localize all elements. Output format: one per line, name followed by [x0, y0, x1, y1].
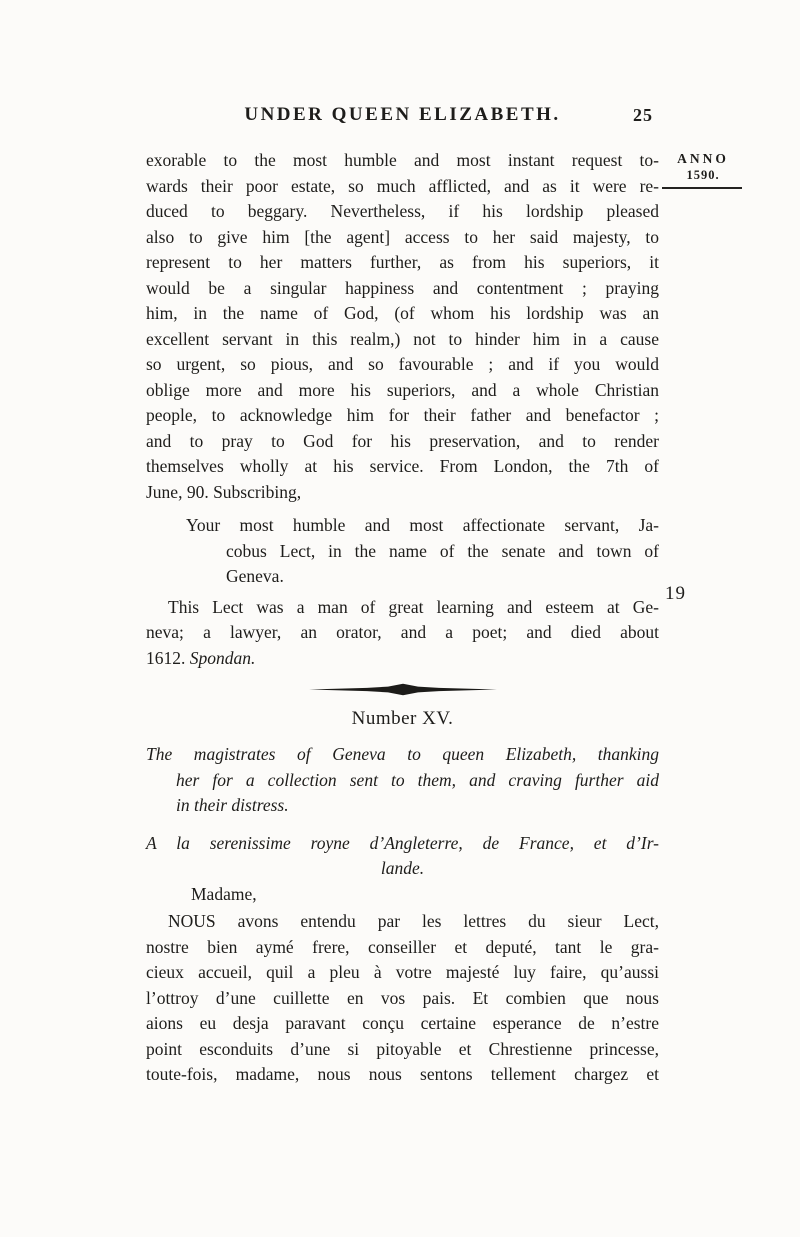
argument-line: in their distress. — [176, 793, 659, 819]
text-line: point esconduits d’une si pitoyable et C… — [146, 1037, 659, 1063]
text-line: June, 90. Subscribing, — [146, 480, 659, 506]
letter-body-paragraph: NOUS avons entendu par les lettres du si… — [146, 909, 659, 1088]
text-line: also to give him [the agent] access to h… — [146, 225, 659, 251]
text-line: nostre bien aymé frere, conseiller et de… — [146, 935, 659, 961]
text-line: exorable to the most humble and most ins… — [146, 148, 659, 174]
text-line: NOUS avons entendu par les lettres du si… — [146, 909, 659, 935]
signature-line: cobus Lect, in the name of the senate an… — [226, 539, 659, 565]
letter-argument: The magistrates of Geneva to queen Eliza… — [146, 742, 659, 819]
text-line: This Lect was a man of great learning an… — [146, 595, 659, 621]
text-line: and to pray to God for his preservation,… — [146, 429, 659, 455]
text-line: duced to beggary. Nevertheless, if his l… — [146, 199, 659, 225]
anno-rule — [662, 187, 742, 189]
text-line: so urgent, so pious, and so favourable ;… — [146, 352, 659, 378]
letter-address: A la serenissime royne d’Angleterre, de … — [146, 831, 659, 882]
signature-block: Your most humble and most affectionate s… — [146, 513, 659, 590]
diamond-rule-ornament-icon — [309, 683, 497, 696]
text-line: excellent servant in this realm,) not to… — [146, 327, 659, 353]
section-divider — [146, 678, 659, 691]
text-line: would be a singular happiness and conten… — [146, 276, 659, 302]
text-line: l’ottroy d’une cuillette en vos pais. Et… — [146, 986, 659, 1012]
book-page: UNDER QUEEN ELIZABETH. 25 ANNO 1590. 19 … — [0, 0, 800, 1237]
page-number: 25 — [633, 105, 653, 126]
note-date: 1612. — [146, 648, 190, 668]
text-line: cieux accueil, quil a pleu à votre majes… — [146, 960, 659, 986]
running-header: UNDER QUEEN ELIZABETH. 25 — [146, 104, 659, 126]
text-line: 1612. Spondan. — [146, 646, 659, 672]
anno-label: ANNO — [662, 151, 744, 166]
text-line: wards their poor estate, so much afflict… — [146, 174, 659, 200]
text-line: toute-fois, madame, nous nous sentons te… — [146, 1062, 659, 1088]
address-line: lande. — [146, 856, 659, 882]
text-line: aions eu desja paravant conçu certaine e… — [146, 1011, 659, 1037]
text-column: exorable to the most humble and most ins… — [146, 148, 659, 1088]
argument-line: The magistrates of Geneva to queen Eliza… — [146, 742, 659, 768]
signature-line: Geneva. — [226, 564, 659, 590]
margin-anno-note: ANNO 1590. — [662, 151, 744, 189]
signature-line: Your most humble and most affectionate s… — [186, 513, 659, 539]
printers-signature-mark: 19 — [665, 583, 686, 605]
note-source-italic: Spondan. — [190, 648, 256, 668]
argument-line: her for a collection sent to them, and c… — [176, 768, 659, 794]
text-line: him, in the name of God, (of whom his lo… — [146, 301, 659, 327]
header-title: UNDER QUEEN ELIZABETH. — [244, 104, 560, 125]
text-line: oblige more and more his superiors, and … — [146, 378, 659, 404]
letter-continuation-paragraph: exorable to the most humble and most ins… — [146, 148, 659, 505]
text-line: people, to acknowledge him for their fat… — [146, 403, 659, 429]
salutation: Madame, — [146, 882, 659, 908]
text-line: themselves wholly at his service. From L… — [146, 454, 659, 480]
anno-year: 1590. — [662, 168, 744, 183]
text-line: represent to her matters further, as fro… — [146, 250, 659, 276]
address-line: A la serenissime royne d’Angleterre, de … — [146, 831, 659, 857]
section-heading: Number XV. — [146, 706, 659, 732]
note-paragraph: This Lect was a man of great learning an… — [146, 595, 659, 672]
text-line: neva; a lawyer, an orator, and a poet; a… — [146, 620, 659, 646]
